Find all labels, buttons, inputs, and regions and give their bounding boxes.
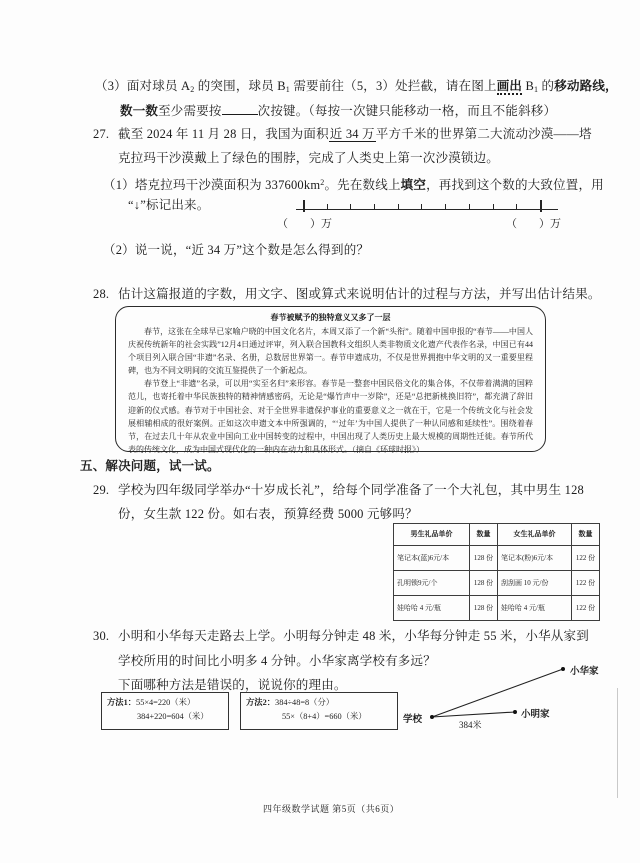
question-27-line2: 克拉玛干沙漠戴上了绿色的围脖，完成了人类史上第一次沙漠锁边。 xyxy=(118,151,499,166)
question-27-2: （2）说一说，“近 34 万”这个数是怎么得到的？ xyxy=(103,243,369,258)
numberline-tick-major xyxy=(540,200,542,212)
numberline-tick xyxy=(350,204,351,210)
distance-label: 384米 xyxy=(459,718,482,731)
fill-in-blank-line xyxy=(222,103,258,115)
table-row: 娃哈哈 4 元/瓶 128 份 娃哈哈 4 元/瓶 122 份 xyxy=(394,596,600,621)
question-27-number: 27. xyxy=(93,127,109,142)
gift-price-table: 男生礼品单价 数量 女生礼品单价 数量 笔记本(蓝)6元/本 128 份 笔记本… xyxy=(393,523,600,621)
article-paragraph-2: 春节登上“非遗”名录，可以用“实至名归”来形容。春节是一整套中国民俗文化的集合体… xyxy=(128,377,533,456)
numberline-left-label: （ ）万 xyxy=(277,215,332,231)
article-title: 春节被赋予的独特意义又多了一层 xyxy=(128,312,533,323)
question-29-number: 29. xyxy=(93,483,109,498)
method-expression: 384÷48=8（分） xyxy=(275,698,334,707)
method-expression: 384+220=604（米） xyxy=(107,710,224,724)
column-header: 数量 xyxy=(572,524,600,546)
column-header: 女生礼品单价 xyxy=(498,524,572,546)
question-28-text: 估计这篇报道的字数，用文字、图或算式来说明估计的过程与方法，并写出估计结果。 xyxy=(118,287,601,302)
column-header: 男生礼品单价 xyxy=(394,524,470,546)
method-1-box: 方法1：55×4=220（米） 384+220=604（米） xyxy=(101,692,229,730)
xiaoming-home-label: 小明家 xyxy=(521,706,550,720)
table-cell: 娃哈哈 4 元/瓶 xyxy=(498,596,572,621)
table-cell: 128 份 xyxy=(470,571,498,596)
bold-text: 移动路线， xyxy=(554,79,618,93)
question-30-line3: 下面哪种方法是错误的，说说你的理由。 xyxy=(118,678,347,693)
emphasized-text: 画出 xyxy=(497,79,522,95)
question-30-line2: 学校所用的时间比小明多 4 分钟。小华家离学校有多远？ xyxy=(118,654,436,669)
bold-text: 数一数 xyxy=(120,104,158,118)
question-text: 截至 2024 年 11 月 28 日，我国为面积 xyxy=(118,127,329,141)
table-cell: 122 份 xyxy=(572,546,600,571)
table-cell: 笔记本(粉)6元/本 xyxy=(498,546,572,571)
underlined-text: 近 34 万 xyxy=(329,127,376,142)
page-footer: 四年级数学试题 第5页（共6页） xyxy=(263,802,399,815)
scan-artifact-line xyxy=(617,688,618,798)
school-label: 学校 xyxy=(403,711,422,725)
table-row: 笔记本(蓝)6元/本 128 份 笔记本(粉)6元/本 122 份 xyxy=(394,546,600,571)
table-row: 孔明锁9元/个 128 份 刮刮画 10 元/份 122 份 xyxy=(394,571,600,596)
numberline-tick xyxy=(374,204,375,210)
question-text: 次按键。（每按一次键只能移动一格，而且不能斜移） xyxy=(258,104,557,118)
method-expression: 55×（8+4）=660（米） xyxy=(246,710,393,724)
question-text: 需要前往（5，3）处拦截，请在图上 xyxy=(290,79,497,93)
question-27-1-continued: “↓”标记出来。 xyxy=(128,198,209,213)
table-cell: 刮刮画 10 元/份 xyxy=(498,571,572,596)
section-5-heading: 五、解决问题，试一试。 xyxy=(80,459,220,474)
number-line xyxy=(296,199,558,215)
question-30-line1: 小明和小华每天走路去上学。小明每分钟走 48 米，小华每分钟走 55 米，小华从… xyxy=(118,629,589,644)
number-line-axis xyxy=(296,209,558,210)
question-28-number: 28. xyxy=(93,287,109,302)
question-27-line1: 截至 2024 年 11 月 28 日，我国为面积近 34 万平方千米的世界第二… xyxy=(118,127,592,142)
question-text: 的突围，球员 B xyxy=(194,79,285,93)
question-26-3-line1: （3）面对球员 A2 的突围，球员 B1 需要前往（5，3）处拦截，请在图上画出… xyxy=(95,79,618,97)
question-30-number: 30. xyxy=(93,629,109,644)
table-cell: 128 份 xyxy=(470,546,498,571)
table-header-row: 男生礼品单价 数量 女生礼品单价 数量 xyxy=(394,524,600,546)
question-29-line2: 份，女生款 122 份。如右表，预算经费 5000 元够吗？ xyxy=(118,507,418,522)
numberline-tick xyxy=(398,204,399,210)
table-cell: 娃哈哈 4 元/瓶 xyxy=(394,596,470,621)
news-article-box: 春节被赋予的独特意义又多了一层 春节，这张在全球早已家喻户晓的中国文化名片，本周… xyxy=(115,306,546,452)
numberline-tick xyxy=(516,204,517,210)
numberline-tick xyxy=(493,204,494,210)
scanned-test-paper-page: （3）面对球员 A2 的突围，球员 B1 需要前往（5，3）处拦截，请在图上画出… xyxy=(0,0,640,863)
question-27-1: （1）塔克拉玛干沙漠面积为 337600km2。先在数线上填空，再找到这个数的大… xyxy=(103,175,604,193)
column-header: 数量 xyxy=(470,524,498,546)
question-text: 平方千米的世界第二大流动沙漠——塔 xyxy=(376,127,592,141)
question-text: （1）塔克拉玛干沙漠面积为 337600km xyxy=(103,178,320,192)
table-cell: 128 份 xyxy=(470,596,498,621)
question-text: 。先在数线上 xyxy=(324,178,400,192)
table-cell: 122 份 xyxy=(572,571,600,596)
method-label: 方法1： xyxy=(107,698,136,707)
method-label: 方法2： xyxy=(246,698,275,707)
table-cell: 笔记本(蓝)6元/本 xyxy=(394,546,470,571)
xiaohua-home-label: 小华家 xyxy=(570,663,599,677)
question-text: （3）面对球员 A xyxy=(95,79,190,93)
table-cell: 122 份 xyxy=(572,596,600,621)
question-29-line1: 学校为四年级同学举办“十岁成长礼”，给每个同学准备了一个大礼包，其中男生 128 xyxy=(118,483,584,498)
numberline-tick xyxy=(445,204,446,210)
question-text: 至少需要按 xyxy=(158,104,222,118)
question-26-3-line2: 数一数至少需要按次按键。（每按一次键只能移动一格，而且不能斜移） xyxy=(120,103,556,119)
numberline-tick xyxy=(327,204,328,210)
question-text: B xyxy=(522,79,534,93)
method-2-box: 方法2：384÷48=8（分） 55×（8+4）=660（米） xyxy=(240,692,398,730)
article-paragraph-1: 春节，这张在全球早已家喻户晓的中国文化名片，本周又添了一个新“头衔”。随着中国申… xyxy=(128,325,533,377)
route-diagram: 学校 小华家 小明家 384米 xyxy=(395,650,620,735)
numberline-right-label: （ ）万 xyxy=(506,215,561,231)
method-expression: 55×4=220（米） xyxy=(136,698,195,707)
table-cell: 孔明锁9元/个 xyxy=(394,571,470,596)
numberline-tick xyxy=(469,204,470,210)
numberline-tick-major xyxy=(303,200,305,212)
numberline-tick xyxy=(421,204,422,210)
bold-text: 填空 xyxy=(401,178,426,192)
question-text: 的 xyxy=(538,79,554,93)
question-text: ，再找到这个数的大致位置，用 xyxy=(426,178,604,192)
